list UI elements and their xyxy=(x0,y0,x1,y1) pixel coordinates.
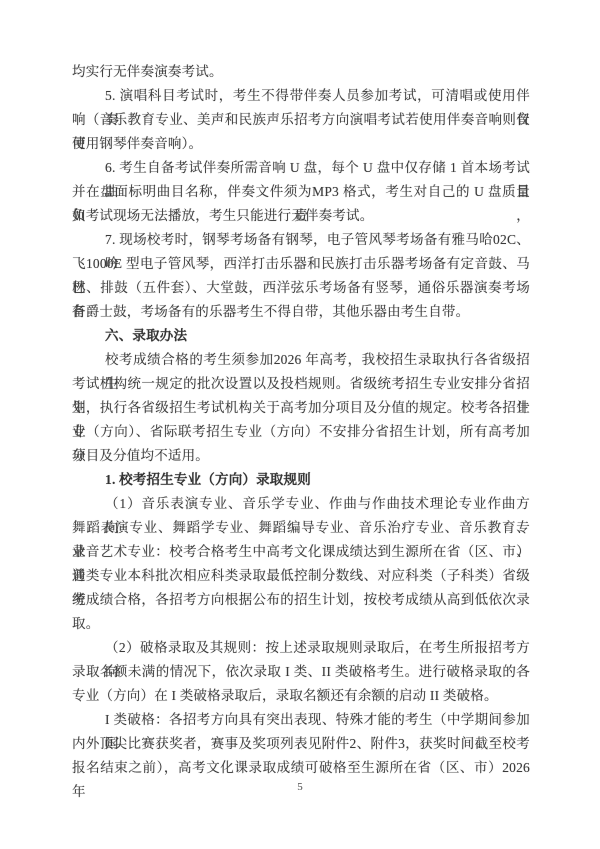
text-line-3: 响（音乐教育专业、美声和民族声乐招考方向演唱考试若使用伴奏音响则仅可 xyxy=(72,108,530,132)
text-line-17: 项目及分值均不适用。 xyxy=(72,444,530,468)
text-line-28: I 类破格：各招考方向具有突出表现、特殊才能的考生（中学期间参加国 xyxy=(72,708,530,732)
text-line-14: 考试机构统一规定的批次设置以及投档规则。省级统考招生专业安排分省招生计 xyxy=(72,372,530,396)
text-line-20: 舞蹈表演专业、舞蹈学专业、舞蹈编导专业、音乐治疗专业、音乐教育专业、 xyxy=(72,516,530,540)
document-body: 均实行无伴奏演奏考试。5. 演唱科目考试时，考生不得带伴奏人员参加考试，可清唱或… xyxy=(72,60,530,780)
text-line-6: 并在盘面标明曲目名称，伴奏文件须为MP3 格式，考生对自己的 U 盘质量负责， xyxy=(72,180,530,204)
text-line-19: （1）音乐表演专业、音乐学专业、作曲与作曲技术理论专业作曲方向、 xyxy=(72,492,530,516)
text-line-12: 六、录取办法 xyxy=(72,324,530,348)
text-line-4: 使用钢琴伴奏音响）。 xyxy=(72,132,530,156)
text-line-24: 取。 xyxy=(72,612,530,636)
text-line-9: 飞1000E 型电子管风琴，西洋打击乐器和民族打击乐器考场备有定音鼓、马林 xyxy=(72,252,530,276)
text-line-5: 6. 考生自备考试伴奏所需音响 U 盘，每个 U 盘中仅存储 1 首本场考试曲目 xyxy=(72,156,530,180)
document-page: 均实行无伴奏演奏考试。5. 演唱科目考试时，考生不得带伴奏人员参加考试，可清唱或… xyxy=(0,0,600,849)
text-line-22: 通类专业本科批次相应科类录取最低控制分数线、对应科类（子科类）省级统 xyxy=(72,564,530,588)
text-line-15: 划，执行各省级招生考试机构关于高考加分项目及分值的规定。校考各招生专 xyxy=(72,396,530,420)
text-line-25: （2）破格录取及其规则：按上述录取规则录取后，在考生所报招考方向 xyxy=(72,636,530,660)
text-line-16: 业（方向）、省际联考招生专业（方向）不安排分省招生计划，所有高考加分 xyxy=(72,420,530,444)
text-line-21: 录音艺术专业：校考合格考生中高考文化课成绩达到生源所在省（区、市）普 xyxy=(72,540,530,564)
text-line-26: 录取名额未满的情况下，依次录取 I 类、II 类破格考生。进行破格录取的各 xyxy=(72,660,530,684)
text-line-23: 考成绩合格，各招考方向根据公布的招生计划，按校考成绩从高到低依次录 xyxy=(72,588,530,612)
text-line-1: 均实行无伴奏演奏考试。 xyxy=(72,60,530,84)
text-line-2: 5. 演唱科目考试时，考生不得带伴奏人员参加考试，可清唱或使用伴奏音 xyxy=(72,84,530,108)
text-line-13: 校考成绩合格的考生须参加2026 年高考，我校招生录取执行各省级招生 xyxy=(72,348,530,372)
text-line-18: 1. 校考招生专业（方向）录取规则 xyxy=(72,468,530,492)
page-number: 5 xyxy=(0,779,600,795)
text-line-27: 专业（方向）在 I 类破格录取后，录取名额还有余额的启动 II 类破格。 xyxy=(72,684,530,708)
text-line-10: 巴、排鼓（五件套）、大堂鼓，西洋弦乐考场备有竖琴，通俗乐器演奏考场备 xyxy=(72,276,530,300)
text-line-29: 内外顶尖比赛获奖者，赛事及奖项列表见附件2、附件3，获奖时间截至校考 xyxy=(72,732,530,756)
text-line-8: 7. 现场校考时，钢琴考场备有钢琴，电子管风琴考场备有雅马哈02C、吟 xyxy=(72,228,530,252)
text-line-11: 有爵士鼓，考场备有的乐器考生不得自带，其他乐器由考生自带。 xyxy=(72,300,530,324)
text-line-30: 报名结束之前），高考文化课录取成绩可破格至生源所在省（区、市）2026 年 xyxy=(72,756,530,780)
